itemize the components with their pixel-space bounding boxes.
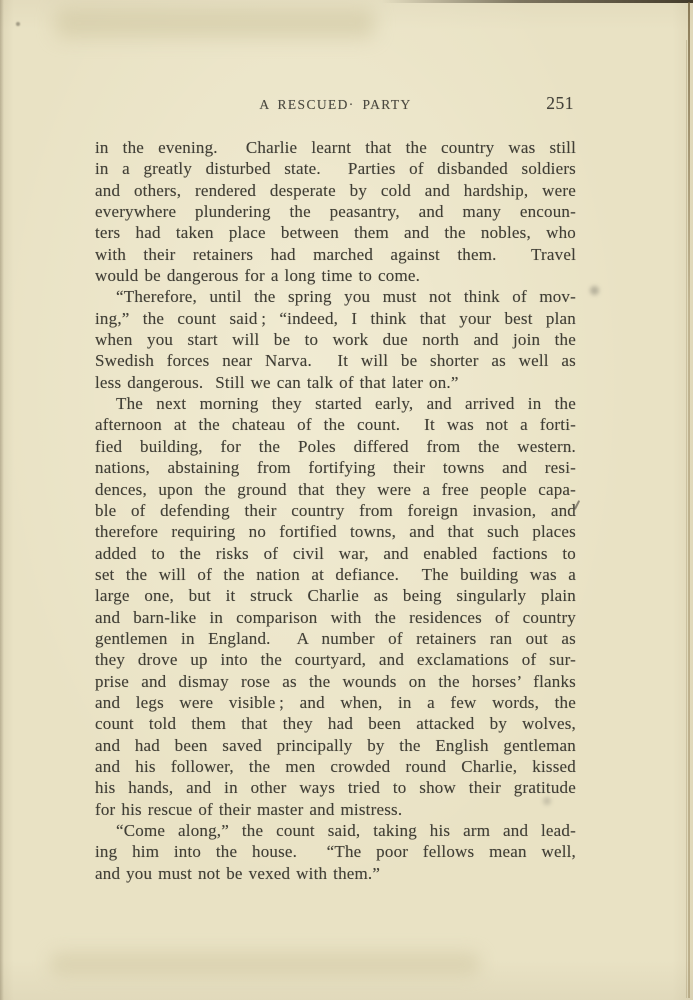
text-line: “Therefore, until the spring you must no… [95,286,576,307]
page-edge-line [688,2,690,998]
text-line: ters had taken place between them and th… [95,222,576,243]
text-line: prise and dismay rose as the wounds on t… [95,671,576,692]
text-line: added to the risks of civil war, and ena… [95,543,576,564]
page-header: A RESCUED· PARTY 251 [95,96,576,113]
scan-left-edge-shadow [0,0,4,1000]
paragraph: in the evening. Charlie learnt that the … [95,137,576,286]
text-line: in the evening. Charlie learnt that the … [95,137,576,158]
text-line: his hands, and in other ways tried to sh… [95,777,576,798]
paragraph: “Therefore, until the spring you must no… [95,286,576,393]
paper-speck [590,286,599,295]
text-line: ing him into the house. “The poor fellow… [95,841,576,862]
page-edge-line-secondary [686,40,687,998]
text-line: in a greatly disturbed state. Parties of… [95,158,576,179]
text-line: and his follower, the men crowded round … [95,756,576,777]
text-line: they drove up into the courtyard, and ex… [95,649,576,670]
scan-streak-top [55,8,375,38]
page-number: 251 [546,94,574,113]
text-line: gentlemen in England. A number of retain… [95,628,576,649]
scan-streak-bottom [50,952,480,976]
text-line: Swedish forces near Narva. It will be sh… [95,350,576,371]
text-line: dences, upon the ground that they were a… [95,479,576,500]
page-body: in the evening. Charlie learnt that the … [95,137,576,884]
page-content: A RESCUED· PARTY 251 in the evening. Cha… [95,96,576,884]
text-line: and had been saved principally by the En… [95,735,576,756]
text-line: for his rescue of their master and mistr… [95,799,576,820]
text-line: fied building, for the Poles differed fr… [95,436,576,457]
text-line: with their retainers had marched against… [95,244,576,265]
text-line: less dangerous. Still we can talk of tha… [95,372,576,393]
text-line: count told them that they had been attac… [95,713,576,734]
text-line: nations, abstaining from fortifying thei… [95,457,576,478]
scan-top-edge-shadow [0,0,693,3]
text-line: and others, rendered desperate by cold a… [95,180,576,201]
text-line: when you start will be to work due north… [95,329,576,350]
text-line: afternoon at the chateau of the count. I… [95,414,576,435]
text-line: large one, but it struck Charlie as bein… [95,585,576,606]
text-line: everywhere plundering the peasantry, and… [95,201,576,222]
paragraph: “Come along,” the count said, taking his… [95,820,576,884]
text-line: and legs were visible ; and when, in a f… [95,692,576,713]
text-line: and you must not be vexed with them.” [95,863,576,884]
paper-speck [16,22,20,26]
text-line: would be dangerous for a long time to co… [95,265,576,286]
text-line: therefore requiring no fortified towns, … [95,521,576,542]
text-line: set the will of the nation at defiance. … [95,564,576,585]
text-line: ing,” the count said ; “indeed, I think … [95,308,576,329]
text-line: ble of defending their country from fore… [95,500,576,521]
paragraph: The next morning they started early, and… [95,393,576,820]
text-line: “Come along,” the count said, taking his… [95,820,576,841]
text-line: The next morning they started early, and… [95,393,576,414]
text-line: and barn-like in comparison with the res… [95,607,576,628]
book-page: A RESCUED· PARTY 251 in the evening. Cha… [0,0,693,1000]
running-title: A RESCUED· PARTY [95,97,576,113]
